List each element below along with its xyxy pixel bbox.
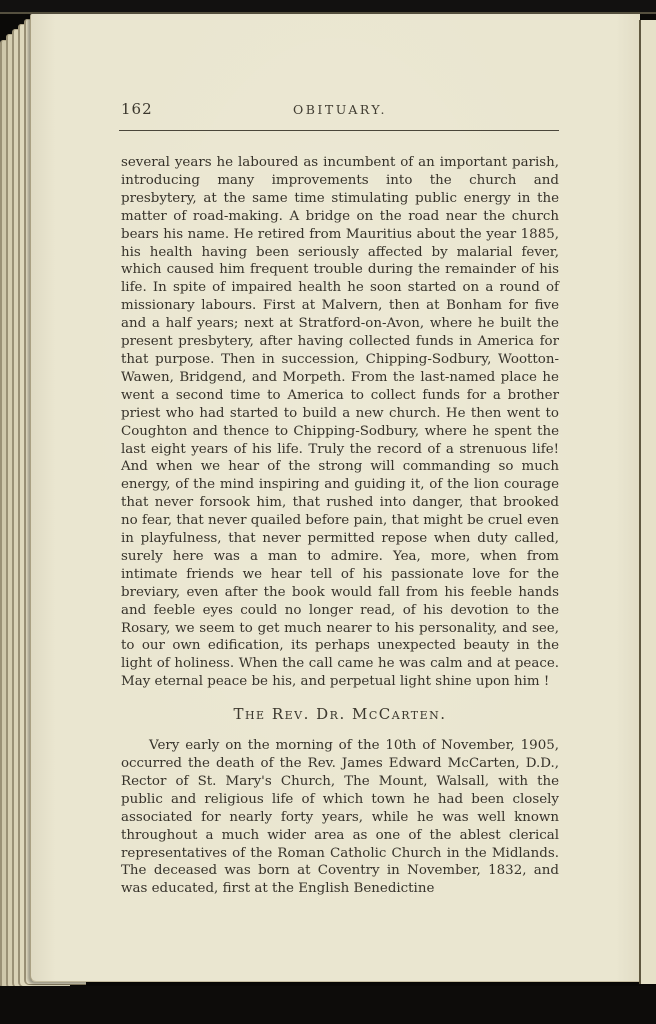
header-rule [119, 130, 559, 131]
running-header: OBITUARY. [121, 102, 559, 117]
book-photo-scene: 162 OBITUARY. several years he laboured … [0, 0, 656, 1024]
page-body-text: several years he laboured as incumbent o… [121, 154, 559, 898]
photo-black-border-bottom [0, 986, 656, 1024]
photo-black-border-top [0, 0, 656, 14]
obituary-paragraph-continuation: several years he laboured as incumbent o… [121, 154, 559, 691]
book-page: 162 OBITUARY. several years he laboured … [30, 14, 640, 982]
obituary-section-heading: The Rev. Dr. McCarten. [121, 706, 559, 724]
obituary-paragraph-mccarten: Very early on the morning of the 10th of… [121, 737, 559, 898]
adjacent-page-edge [639, 20, 656, 984]
